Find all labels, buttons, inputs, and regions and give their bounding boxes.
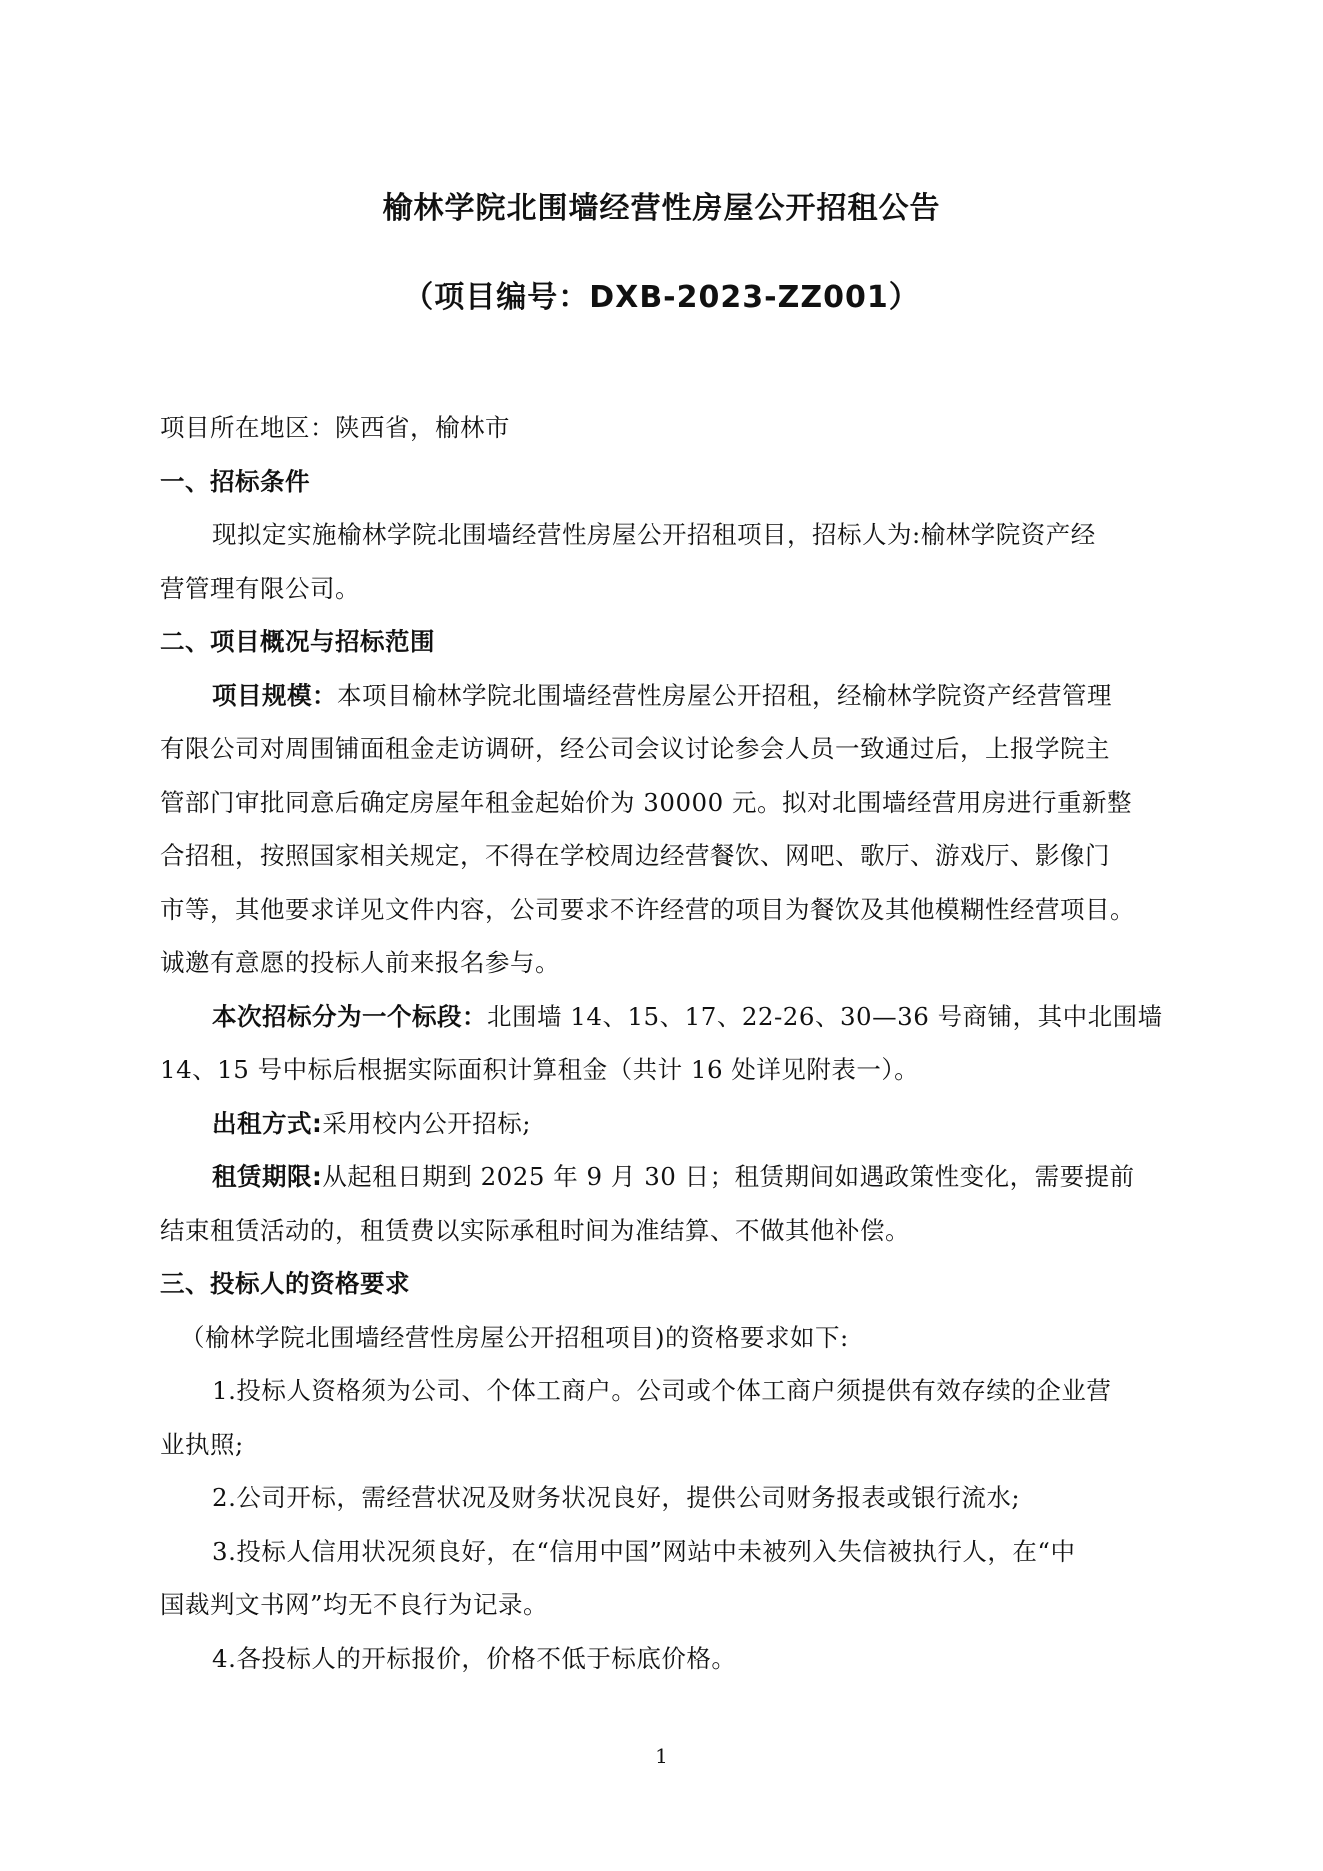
project-location: 项目所在地区：陕西省，榆林市 [160,413,1170,443]
rental-method-label: 出租方式: [212,1109,322,1138]
project-scale-paragraph: 项目规模：本项目榆林学院北围墙经营性房屋公开招租，经榆林学院资产经营管理 [212,681,1222,711]
project-number: （项目编号：DXB-2023-ZZ001） [0,272,1323,316]
lot-paragraph: 本次招标分为一个标段：北围墙 14、15、17、22-26、30—36 号商铺，… [212,1002,1222,1032]
paragraph-line: 业执照; [160,1430,1170,1460]
section-heading-1: 一、招标条件 [160,467,1170,497]
qualification-item: 4.各投标人的开标报价，价格不低于标底价格。 [212,1644,1222,1674]
rental-method-text: 采用校内公开招标; [322,1109,531,1138]
paragraph-line: 营管理有限公司。 [160,574,1170,604]
paragraph-line: 有限公司对周围铺面租金走访调研，经公司会议讨论参会人员一致通过后，上报学院主 [160,734,1170,764]
paragraph-text: 本项目榆林学院北围墙经营性房屋公开招租，经榆林学院资产经营管理 [337,681,1112,710]
paragraph-text: 从起租日期到 2025 年 9 月 30 日；租赁期间如遇政策性变化，需要提前 [322,1162,1134,1191]
section-heading-3: 三、投标人的资格要求 [160,1269,1170,1299]
paragraph-line: 管部门审批同意后确定房屋年租金起始价为 30000 元。拟对北围墙经营用房进行重… [160,788,1170,818]
page-number: 1 [0,1744,1323,1768]
lease-term: 租赁期限:从起租日期到 2025 年 9 月 30 日；租赁期间如遇政策性变化，… [212,1162,1222,1192]
document-title: 榆林学院北围墙经营性房屋公开招租公告 [0,183,1323,227]
paragraph-line: 现拟定实施榆林学院北围墙经营性房屋公开招租项目，招标人为:榆林学院资产经 [212,520,1222,550]
project-scale-label: 项目规模： [212,681,337,710]
paragraph-line: 14、15 号中标后根据实际面积计算租金（共计 16 处详见附表一）。 [160,1055,1170,1085]
section-heading-2: 二、项目概况与招标范围 [160,627,1170,657]
qualification-item: 2.公司开标，需经营状况及财务状况良好，提供公司财务报表或银行流水; [212,1483,1222,1513]
paragraph-line: 市等，其他要求详见文件内容，公司要求不许经营的项目为餐饮及其他模糊性经营项目。 [160,895,1170,925]
lease-term-label: 租赁期限: [212,1162,322,1191]
qualification-item: 3.投标人信用状况须良好，在“信用中国”网站中未被列入失信被执行人，在“中 [212,1537,1222,1567]
qualification-item: 1.投标人资格须为公司、个体工商户。公司或个体工商户须提供有效存续的企业营 [212,1376,1222,1406]
paragraph-line: 合招租，按照国家相关规定，不得在学校周边经营餐饮、网吧、歌厅、游戏厅、影像门 [160,841,1170,871]
lot-label: 本次招标分为一个标段： [212,1002,487,1031]
paragraph-text: 北围墙 14、15、17、22-26、30—36 号商铺，其中北围墙 [487,1002,1163,1031]
paragraph-line: 诚邀有意愿的投标人前来报名参与。 [160,948,1170,978]
qualification-intro: （榆林学院北围墙经营性房屋公开招租项目)的资格要求如下: [180,1323,1190,1353]
paragraph-line: 结束租赁活动的，租赁费以实际承租时间为准结算、不做其他补偿。 [160,1216,1170,1246]
paragraph-line: 国裁判文书网”均无不良行为记录。 [160,1590,1170,1620]
rental-method: 出租方式:采用校内公开招标; [212,1109,1222,1139]
